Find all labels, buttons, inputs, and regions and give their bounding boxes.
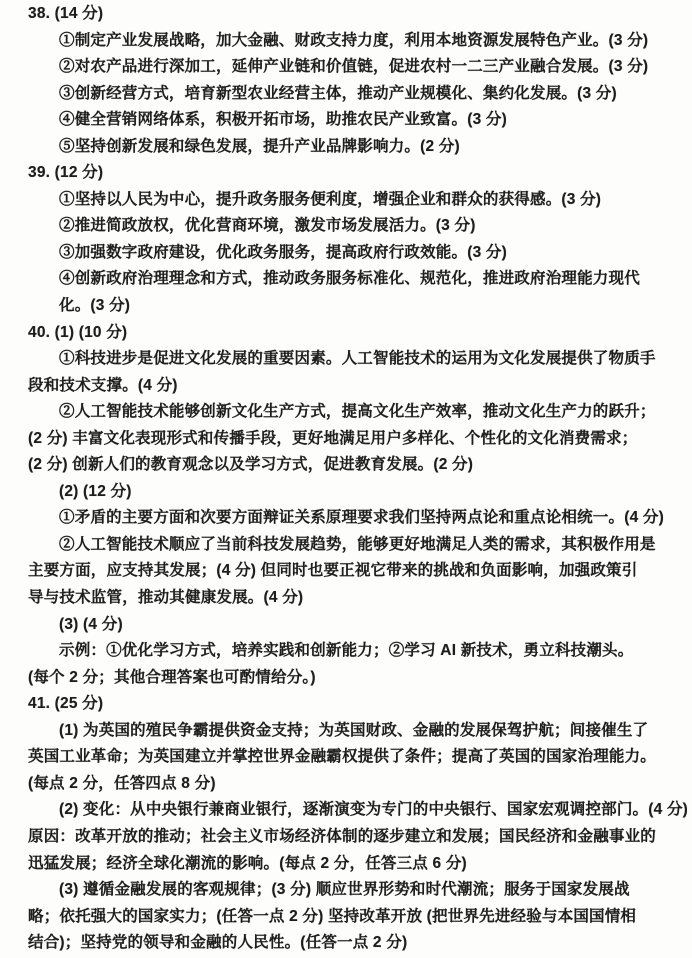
q40-part1-para-1: ①科技进步是促进文化发展的重要因素。人工智能技术的运用为文化发展提供了物质手段和… bbox=[28, 346, 692, 399]
text-line: 41. (25 分) bbox=[28, 691, 692, 718]
q39-item-3: ③加强数字政府建设，优化政务服务，提高政府行政效能。(3 分) bbox=[28, 240, 692, 267]
text-line: 原因：改革开放的推动；社会主义市场经济体制的逐步建立和发展；国民经济和金融事业的 bbox=[28, 824, 692, 851]
text-line: ①坚持以人民为中心，提升政务服务便利度，增强企业和群众的获得感。(3 分) bbox=[28, 187, 692, 214]
text-line: (2) (12 分) bbox=[28, 479, 692, 506]
text-line: 英国工业革命；为英国建立并掌控世界金融霸权提供了条件；提高了英国的国家治理能力。 bbox=[28, 744, 692, 771]
q38-item-4: ④健全营销网络体系，积极开拓市场，助推农民产业致富。(3 分) bbox=[28, 107, 692, 134]
text-line: (1) 为英国的殖民争霸提供资金支持；为英国财政、金融的发展保驾护航；间接催生了 bbox=[28, 718, 692, 745]
text-line: ④创新政府治理理念和方式，推动政务服务标准化、规范化，推进政府治理能力现代 bbox=[28, 266, 692, 293]
text-line: 40. (1) (10 分) bbox=[28, 320, 692, 347]
q41-part1-para: (1) 为英国的殖民争霸提供资金支持；为英国财政、金融的发展保驾护航；间接催生了… bbox=[28, 718, 692, 798]
q41-header: 41. (25 分) bbox=[28, 691, 692, 718]
text-line: ④健全营销网络体系，积极开拓市场，助推农民产业致富。(3 分) bbox=[28, 107, 692, 134]
text-line: (3) 遵循金融发展的客观规律；(3 分) 顺应世界形势和时代潮流；服务于国家发… bbox=[28, 877, 692, 904]
text-line: 略；依托强大的国家实力；(任答一点 2 分) 坚持改革开放 (把世界先进经验与本… bbox=[28, 904, 692, 931]
text-line: ①科技进步是促进文化发展的重要因素。人工智能技术的运用为文化发展提供了物质手 bbox=[28, 346, 692, 373]
text-line: 化。(3 分) bbox=[28, 293, 692, 320]
text-line: ⑤坚持创新发展和绿色发展，提升产业品牌影响力。(2 分) bbox=[28, 134, 692, 161]
text-line: 迅猛发展；经济全球化潮流的影响。(每点 2 分，任答三点 6 分) bbox=[28, 851, 692, 878]
q40-part2-para-2: ②人工智能技术顺应了当前科技发展趋势，能够更好地满足人类的需求，其积极作用是主要… bbox=[28, 532, 692, 612]
text-line: ②推进简政放权，优化营商环境，激发市场发展活力。(3 分) bbox=[28, 213, 692, 240]
text-line: ①矛盾的主要方面和次要方面辩证关系原理要求我们坚持两点论和重点论相统一。(4 分… bbox=[28, 505, 692, 532]
text-line: (每点 2 分，任答四点 8 分) bbox=[28, 771, 692, 798]
q39-header: 39. (12 分) bbox=[28, 160, 692, 187]
text-line: (每个 2 分；其他合理答案也可酌情给分。) bbox=[28, 665, 692, 692]
text-line: ③创新经营方式，培育新型农业经营主体，推动产业规模化、集约化发展。(3 分) bbox=[28, 81, 692, 108]
text-line: 主要方面，应支持其发展；(4 分) 但同时也要正视它带来的挑战和负面影响，加强政… bbox=[28, 558, 692, 585]
text-line: 示例：①优化学习方式，培养实践和创新能力；②学习 AI 新技术，勇立科技潮头。 bbox=[28, 638, 692, 665]
answer-document: 38. (14 分)①制定产业发展战略，加大金融、财政支持力度，利用本地资源发展… bbox=[0, 0, 692, 957]
q38-item-3: ③创新经营方式，培育新型农业经营主体，推动产业规模化、集约化发展。(3 分) bbox=[28, 81, 692, 108]
q41-part2-para: (2) 变化：从中央银行兼商业银行，逐渐演变为专门的中央银行、国家宏观调控部门。… bbox=[28, 797, 692, 877]
q38-item-5: ⑤坚持创新发展和绿色发展，提升产业品牌影响力。(2 分) bbox=[28, 134, 692, 161]
text-line: (2 分) 丰富文化表现形式和传播手段，更好地满足用户多样化、个性化的文化消费需… bbox=[28, 426, 692, 453]
q39-item-2: ②推进简政放权，优化营商环境，激发市场发展活力。(3 分) bbox=[28, 213, 692, 240]
q39-item-4: ④创新政府治理理念和方式，推动政务服务标准化、规范化，推进政府治理能力现代化。(… bbox=[28, 266, 692, 319]
q40-part2-header: (2) (12 分) bbox=[28, 479, 692, 506]
text-line: 结合)；坚持党的领导和金融的人民性。(任答一点 2 分) bbox=[28, 930, 692, 957]
q39-item-1: ①坚持以人民为中心，提升政务服务便利度，增强企业和群众的获得感。(3 分) bbox=[28, 187, 692, 214]
text-line: ②对农产品进行深加工，延伸产业链和价值链，促进农村一二三产业融合发展。(3 分) bbox=[28, 54, 692, 81]
text-line: 38. (14 分) bbox=[28, 1, 692, 28]
q40-part1-para-2: ②人工智能技术能够创新文化生产方式，提高文化生产效率，推动文化生产力的跃升；(2… bbox=[28, 399, 692, 479]
q38-header: 38. (14 分) bbox=[28, 1, 692, 28]
text-line: 导与技术监管，推动其健康发展。(4 分) bbox=[28, 585, 692, 612]
text-line: (2) 变化：从中央银行兼商业银行，逐渐演变为专门的中央银行、国家宏观调控部门。… bbox=[28, 797, 692, 824]
text-line: 39. (12 分) bbox=[28, 160, 692, 187]
q40-part3-header: (3) (4 分) bbox=[28, 612, 692, 639]
answer-sheet-page: 38. (14 分)①制定产业发展战略，加大金融、财政支持力度，利用本地资源发展… bbox=[0, 0, 692, 958]
q40-part2-para-1: ①矛盾的主要方面和次要方面辩证关系原理要求我们坚持两点论和重点论相统一。(4 分… bbox=[28, 505, 692, 532]
text-line: 段和技术支撑。(4 分) bbox=[28, 373, 692, 400]
q41-part3-para: (3) 遵循金融发展的客观规律；(3 分) 顺应世界形势和时代潮流；服务于国家发… bbox=[28, 877, 692, 957]
q40-part1-header: 40. (1) (10 分) bbox=[28, 320, 692, 347]
text-line: ②人工智能技术能够创新文化生产方式，提高文化生产效率，推动文化生产力的跃升； bbox=[28, 399, 692, 426]
text-line: ③加强数字政府建设，优化政务服务，提高政府行政效能。(3 分) bbox=[28, 240, 692, 267]
q38-item-1: ①制定产业发展战略，加大金融、财政支持力度，利用本地资源发展特色产业。(3 分) bbox=[28, 28, 692, 55]
text-line: (2 分) 创新人们的教育观念以及学习方式，促进教育发展。(2 分) bbox=[28, 452, 692, 479]
text-line: ②人工智能技术顺应了当前科技发展趋势，能够更好地满足人类的需求，其积极作用是 bbox=[28, 532, 692, 559]
q40-part3-para-1: 示例：①优化学习方式，培养实践和创新能力；②学习 AI 新技术，勇立科技潮头。(… bbox=[28, 638, 692, 691]
text-line: (3) (4 分) bbox=[28, 612, 692, 639]
q38-item-2: ②对农产品进行深加工，延伸产业链和价值链，促进农村一二三产业融合发展。(3 分) bbox=[28, 54, 692, 81]
text-line: ①制定产业发展战略，加大金融、财政支持力度，利用本地资源发展特色产业。(3 分) bbox=[28, 28, 692, 55]
